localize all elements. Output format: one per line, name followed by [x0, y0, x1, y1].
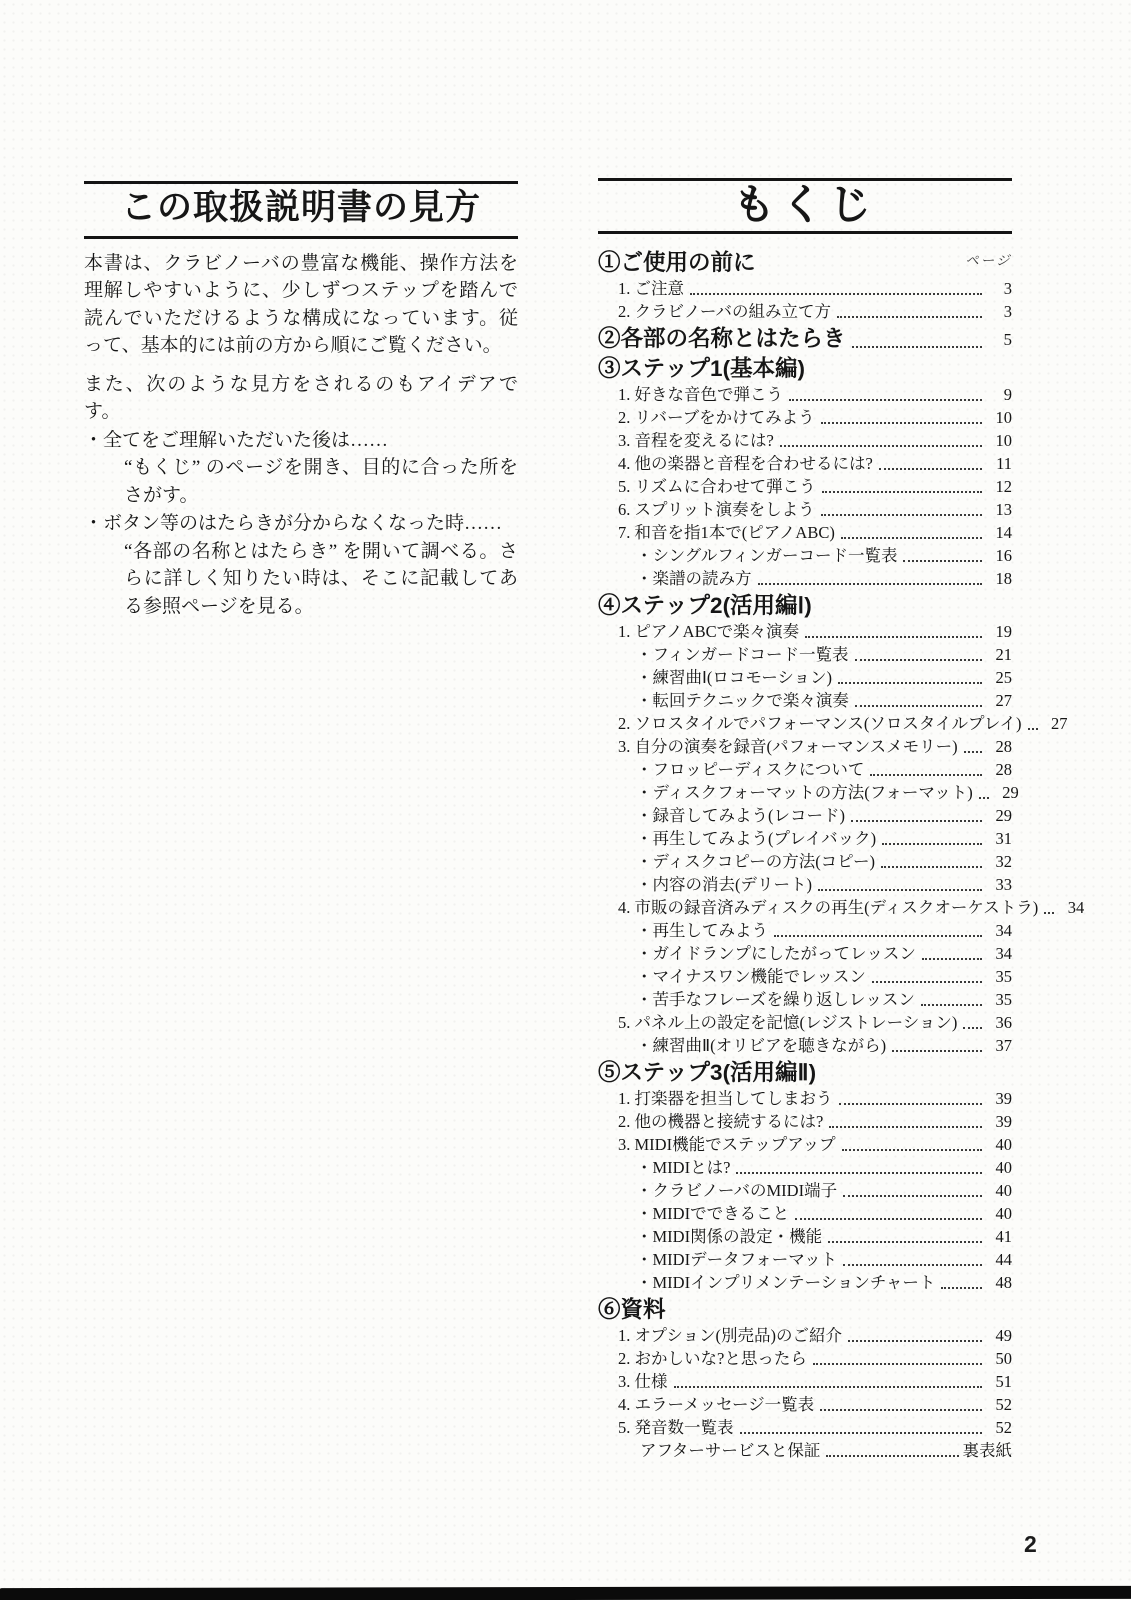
- toc-item-label: 7. 和音を指1本で(ピアノABC): [618, 521, 835, 544]
- toc-section-label: ③ステップ1(基本編): [598, 355, 805, 383]
- dotted-leader: [963, 1027, 982, 1029]
- toc-page-number: 10: [986, 429, 1012, 452]
- toc-title-block: もくじ: [598, 178, 1012, 234]
- dotted-leader: [818, 889, 982, 891]
- toc-item: ・ディスクフォーマットの方法(フォーマット)29: [598, 781, 1012, 804]
- toc-item: 3. 仕様51: [598, 1370, 1012, 1393]
- toc-item: アフターサービスと保証裏表紙: [598, 1439, 1012, 1462]
- toc-item-label: 3. 仕様: [618, 1370, 668, 1393]
- intro-paragraph-2: また、次のような見方をされるのもアイデアです。: [84, 371, 518, 426]
- toc-item-label: ・ディスクフォーマットの方法(フォーマット): [636, 781, 973, 804]
- toc-item: 5. パネル上の設定を記憶(レジストレーション)36: [598, 1011, 1012, 1034]
- toc-section-label: ①ご使用の前に: [598, 249, 756, 277]
- toc-page-number: 12: [986, 475, 1012, 498]
- dotted-leader: [1028, 728, 1038, 730]
- dotted-leader: [870, 774, 982, 776]
- toc-section-header: ①ご使用の前にページ: [598, 247, 1012, 277]
- toc-item: ・MIDIデータフォーマット44: [598, 1248, 1012, 1271]
- toc-page-number: 29: [986, 804, 1012, 827]
- dotted-leader: [838, 682, 982, 684]
- page-column-label: ページ: [962, 247, 1016, 277]
- idea-bullet-line: ・全てをご理解いただいた後は……: [84, 427, 518, 455]
- toc-page-number: 3: [986, 300, 1012, 323]
- toc-item-label: 2. リバーブをかけてみよう: [618, 406, 815, 429]
- dotted-leader: [780, 445, 982, 447]
- dotted-leader: [855, 659, 982, 661]
- toc-item: 1. ピアノABCで楽々演奏19: [598, 620, 1012, 643]
- toc-section-header: ⑤ステップ3(活用編Ⅱ): [598, 1059, 1012, 1087]
- toc-section-label: ②各部の名称とはたらき: [598, 325, 846, 353]
- toc-item-label: ・クラビノーバのMIDI端子: [636, 1179, 837, 1202]
- toc-section-label: ⑤ステップ3(活用編Ⅱ): [598, 1059, 816, 1087]
- toc-section-label: ④ステップ2(活用編Ⅰ): [598, 592, 812, 620]
- toc-page-number: 34: [1058, 896, 1084, 919]
- intro-paragraph-1: 本書は、クラビノーバの豊富な機能、操作方法を理解しやすいように、少しずつステップ…: [84, 250, 518, 360]
- toc-page-number: 39: [986, 1110, 1012, 1133]
- toc-item: ・録音してみよう(レコード)29: [598, 804, 1012, 827]
- toc-item: 2. リバーブをかけてみよう10: [598, 406, 1012, 429]
- toc-item: ・フィンガードコード一覧表21: [598, 643, 1012, 666]
- toc-item-label: ・内容の消去(デリート): [636, 873, 812, 896]
- toc-page-number: 21: [986, 643, 1012, 666]
- ideas-list: ・全てをご理解いただいた後は……“もくじ” のページを開き、目的に合った所をさが…: [84, 427, 518, 621]
- toc-item-label: 6. スプリット演奏をしよう: [618, 498, 815, 521]
- toc-page-number: 3: [986, 277, 1012, 300]
- dotted-leader: [813, 1363, 982, 1365]
- toc-item: 7. 和音を指1本で(ピアノABC)14: [598, 521, 1012, 544]
- dotted-leader: [882, 843, 982, 845]
- dotted-leader: [821, 514, 982, 516]
- toc-column: もくじ ①ご使用の前にページ1. ご注意32. クラビノーバの組み立て方3②各部…: [598, 178, 1012, 1462]
- toc-page-number: 31: [986, 827, 1012, 850]
- toc-section-header: ⑥資料: [598, 1296, 1012, 1324]
- toc-item-label: 2. ソロスタイルでパフォーマンス(ソロスタイルプレイ): [618, 712, 1022, 735]
- toc-item-label: 1. オプション(別売品)のご紹介: [618, 1324, 842, 1347]
- left-title: この取扱説明書の見方: [84, 189, 518, 228]
- dotted-leader: [1044, 912, 1054, 914]
- toc-item: ・クラビノーバのMIDI端子40: [598, 1179, 1012, 1202]
- toc-item: ・転回テクニックで楽々演奏27: [598, 689, 1012, 712]
- toc-item-label: 4. エラーメッセージ一覧表: [618, 1393, 814, 1416]
- dotted-leader: [941, 1287, 982, 1289]
- dotted-leader: [821, 422, 982, 424]
- toc-item: 1. オプション(別売品)のご紹介49: [598, 1324, 1012, 1347]
- dotted-leader: [837, 316, 982, 318]
- toc-item: 2. クラビノーバの組み立て方3: [598, 300, 1012, 323]
- dotted-leader: [892, 1050, 982, 1052]
- dotted-leader: [805, 636, 982, 638]
- toc-item-label: ・練習曲Ⅰ(ロコモーション): [636, 666, 832, 689]
- toc-page-number: 49: [986, 1324, 1012, 1347]
- toc-item: 2. 他の機器と接続するには?39: [598, 1110, 1012, 1133]
- toc-page-number: 13: [986, 498, 1012, 521]
- dotted-leader: [848, 1340, 982, 1342]
- toc-item: ・練習曲Ⅱ(オリビアを聴きながら)37: [598, 1034, 1012, 1057]
- idea-item: ・全てをご理解いただいた後は……“もくじ” のページを開き、目的に合った所をさが…: [84, 427, 518, 510]
- toc-page-number: 27: [986, 689, 1012, 712]
- toc-page-number: 34: [986, 942, 1012, 965]
- toc-section-header: ④ステップ2(活用編Ⅰ): [598, 592, 1012, 620]
- toc-item: ・シングルフィンガーコード一覧表16: [598, 544, 1012, 567]
- toc-page-number: 40: [986, 1202, 1012, 1225]
- toc-page-number: 32: [986, 850, 1012, 873]
- toc-item-label: ・再生してみよう: [636, 919, 768, 942]
- toc-item-label: ・マイナスワン機能でレッスン: [636, 965, 866, 988]
- idea-bullet-line: ・ボタン等のはたらきが分からなくなった時……: [84, 510, 518, 538]
- toc-page-number: 40: [986, 1179, 1012, 1202]
- dotted-leader: [855, 705, 982, 707]
- toc-page-number: 52: [986, 1416, 1012, 1439]
- toc-item: ・MIDIインプリメンテーションチャート48: [598, 1271, 1012, 1294]
- dotted-leader: [789, 399, 982, 401]
- dotted-leader: [881, 866, 982, 868]
- dotted-leader: [758, 583, 983, 585]
- toc-item: 1. 好きな音色で弾こう9: [598, 383, 1012, 406]
- toc-page-number: 41: [986, 1225, 1012, 1248]
- toc-item: 5. リズムに合わせて弾こう12: [598, 475, 1012, 498]
- toc-item: ・再生してみよう(プレイバック)31: [598, 827, 1012, 850]
- toc-page-number: 33: [986, 873, 1012, 896]
- toc-item: ・ディスクコピーの方法(コピー)32: [598, 850, 1012, 873]
- toc-item-label: ・録音してみよう(レコード): [636, 804, 845, 827]
- dotted-leader: [839, 1103, 983, 1105]
- toc-item: 1. ご注意3: [598, 277, 1012, 300]
- toc-item-label: ・苦手なフレーズを繰り返しレッスン: [636, 988, 915, 1011]
- toc-item-label: 1. ピアノABCで楽々演奏: [618, 620, 799, 643]
- dotted-leader: [828, 1241, 982, 1243]
- toc-item: ・MIDI関係の設定・機能41: [598, 1225, 1012, 1248]
- toc-item: 4. 市販の録音済みディスクの再生(ディスクオーケストラ)34: [598, 896, 1012, 919]
- toc-item-label: 1. 好きな音色で弾こう: [618, 383, 783, 406]
- toc-page-number: 10: [986, 406, 1012, 429]
- toc-item-label: ・転回テクニックで楽々演奏: [636, 689, 849, 712]
- toc-list: ①ご使用の前にページ1. ご注意32. クラビノーバの組み立て方3②各部の名称と…: [598, 247, 1012, 1462]
- idea-detail-line: “各部の名称とはたらき” を開いて調べる。さらに詳しく知りたい時は、そこに記載し…: [84, 538, 518, 621]
- toc-page-number: 40: [986, 1133, 1012, 1156]
- toc-page-number: 5: [986, 327, 1012, 353]
- toc-item: 5. 発音数一覧表52: [598, 1416, 1012, 1439]
- dotted-leader: [822, 491, 982, 493]
- left-column: この取扱説明書の見方 本書は、クラビノーバの豊富な機能、操作方法を理解しやすいよ…: [84, 181, 518, 620]
- toc-item-label: 4. 他の楽器と音程を合わせるには?: [618, 452, 873, 475]
- toc-section-header: ③ステップ1(基本編): [598, 355, 1012, 383]
- toc-item-label: ・シングルフィンガーコード一覧表: [636, 544, 897, 567]
- toc-item-label: 2. クラビノーバの組み立て方: [618, 300, 831, 323]
- toc-page-number: 35: [986, 988, 1012, 1011]
- toc-page-number: 52: [986, 1393, 1012, 1416]
- dotted-leader: [690, 293, 982, 295]
- toc-item-label: 5. リズムに合わせて弾こう: [618, 475, 816, 498]
- toc-item-label: 3. 音程を変えるには?: [618, 429, 774, 452]
- toc-item: 3. 音程を変えるには?10: [598, 429, 1012, 452]
- toc-item-label: ・ガイドランプにしたがってレッスン: [636, 942, 916, 965]
- manual-page: この取扱説明書の見方 本書は、クラビノーバの豊富な機能、操作方法を理解しやすいよ…: [0, 0, 1131, 1600]
- toc-page-number: 裏表紙: [963, 1439, 1013, 1462]
- toc-item-label: 2. おかしいな?と思ったら: [618, 1347, 807, 1370]
- toc-item: ・再生してみよう34: [598, 919, 1012, 942]
- dotted-leader: [852, 346, 982, 348]
- toc-item: 4. 他の楽器と音程を合わせるには?11: [598, 452, 1012, 475]
- toc-page-number: 27: [1042, 712, 1068, 735]
- dotted-leader: [740, 1432, 983, 1434]
- toc-item-label: ・練習曲Ⅱ(オリビアを聴きながら): [636, 1034, 886, 1057]
- toc-item: ・マイナスワン機能でレッスン35: [598, 965, 1012, 988]
- toc-page-number: 19: [986, 620, 1012, 643]
- toc-page-number: 44: [986, 1248, 1012, 1271]
- dotted-leader: [843, 1264, 982, 1266]
- toc-item-label: ・MIDIとは?: [636, 1156, 730, 1179]
- toc-page-number: 50: [986, 1347, 1012, 1370]
- toc-item-label: ・再生してみよう(プレイバック): [636, 827, 876, 850]
- toc-item-label: 1. 打楽器を担当してしまおう: [618, 1087, 833, 1110]
- dotted-leader: [879, 468, 982, 470]
- dotted-leader: [795, 1218, 982, 1220]
- toc-page-number: 40: [986, 1156, 1012, 1179]
- toc-item: ・苦手なフレーズを繰り返しレッスン35: [598, 988, 1012, 1011]
- left-title-block: この取扱説明書の見方: [84, 181, 518, 239]
- dotted-leader: [841, 537, 982, 539]
- toc-item: ・MIDIでできること40: [598, 1202, 1012, 1225]
- toc-page-number: 11: [986, 452, 1012, 475]
- toc-item: ・フロッピーディスクについて28: [598, 758, 1012, 781]
- toc-page-number: 35: [986, 965, 1012, 988]
- toc-item: 2. おかしいな?と思ったら50: [598, 1347, 1012, 1370]
- toc-item-label: ・楽譜の読み方: [636, 567, 752, 590]
- toc-page-number: 25: [986, 666, 1012, 689]
- toc-item-label: 5. パネル上の設定を記憶(レジストレーション): [618, 1011, 957, 1034]
- dotted-leader: [922, 958, 982, 960]
- toc-item: ・MIDIとは?40: [598, 1156, 1012, 1179]
- toc-item: 2. ソロスタイルでパフォーマンス(ソロスタイルプレイ)27: [598, 712, 1012, 735]
- dotted-leader: [736, 1172, 982, 1174]
- toc-item-label: ・MIDIデータフォーマット: [636, 1248, 837, 1271]
- toc-item-label: ・フロッピーディスクについて: [636, 758, 864, 781]
- toc-item-label: 3. 自分の演奏を録音(パフォーマンスメモリー): [618, 735, 958, 758]
- toc-page-number: 28: [986, 735, 1012, 758]
- toc-page-number: 39: [986, 1087, 1012, 1110]
- idea-detail-line: “もくじ” のページを開き、目的に合った所をさがす。: [84, 454, 518, 509]
- dotted-leader: [843, 1195, 982, 1197]
- dotted-leader: [826, 1455, 958, 1457]
- toc-item: 1. 打楽器を担当してしまおう39: [598, 1087, 1012, 1110]
- toc-item-label: ・MIDIインプリメンテーションチャート: [636, 1271, 935, 1294]
- toc-item-label: ・フィンガードコード一覧表: [636, 643, 849, 666]
- dotted-leader: [903, 560, 982, 562]
- dotted-leader: [964, 751, 982, 753]
- toc-item-label: ・ディスクコピーの方法(コピー): [636, 850, 875, 873]
- dotted-leader: [872, 981, 982, 983]
- dotted-leader: [979, 797, 989, 799]
- toc-title: もくじ: [598, 182, 1012, 227]
- toc-page-number: 14: [986, 521, 1012, 544]
- toc-section-header: ②各部の名称とはたらき5: [598, 325, 1012, 353]
- idea-item: ・ボタン等のはたらきが分からなくなった時……“各部の名称とはたらき” を開いて調…: [84, 510, 518, 620]
- toc-item: ・内容の消去(デリート)33: [598, 873, 1012, 896]
- dotted-leader: [674, 1386, 983, 1388]
- toc-item-label: 3. MIDI機能でステップアップ: [618, 1133, 836, 1156]
- toc-item-label: アフターサービスと保証: [640, 1439, 820, 1462]
- toc-item: ・楽譜の読み方18: [598, 567, 1012, 590]
- toc-item-label: 5. 発音数一覧表: [618, 1416, 734, 1439]
- dotted-leader: [774, 935, 982, 937]
- toc-page-number: 29: [993, 781, 1019, 804]
- toc-item: 4. エラーメッセージ一覧表52: [598, 1393, 1012, 1416]
- toc-item: 3. MIDI機能でステップアップ40: [598, 1133, 1012, 1156]
- toc-page-number: 28: [986, 758, 1012, 781]
- toc-item: 3. 自分の演奏を録音(パフォーマンスメモリー)28: [598, 735, 1012, 758]
- toc-page-number: 16: [986, 544, 1012, 567]
- dotted-leader: [921, 1004, 982, 1006]
- toc-page-number: 34: [986, 919, 1012, 942]
- toc-item: ・練習曲Ⅰ(ロコモーション)25: [598, 666, 1012, 689]
- toc-item-label: ・MIDIでできること: [636, 1202, 789, 1225]
- toc-item: ・ガイドランプにしたがってレッスン34: [598, 942, 1012, 965]
- bottom-scan-bar: [0, 1586, 1131, 1600]
- toc-item-label: 2. 他の機器と接続するには?: [618, 1110, 823, 1133]
- toc-page-number: 18: [986, 567, 1012, 590]
- toc-page-number: 37: [986, 1034, 1012, 1057]
- dotted-leader: [851, 820, 982, 822]
- toc-page-number: 51: [986, 1370, 1012, 1393]
- toc-item-label: 1. ご注意: [618, 277, 684, 300]
- dotted-leader: [829, 1126, 982, 1128]
- dotted-leader: [842, 1149, 982, 1151]
- toc-item: 6. スプリット演奏をしよう13: [598, 498, 1012, 521]
- toc-item-label: 4. 市販の録音済みディスクの再生(ディスクオーケストラ): [618, 896, 1038, 919]
- toc-page-number: 48: [986, 1271, 1012, 1294]
- toc-page-number: 9: [986, 383, 1012, 406]
- toc-section-label: ⑥資料: [598, 1296, 666, 1324]
- page-number: 2: [1024, 1531, 1037, 1558]
- dotted-leader: [820, 1409, 982, 1411]
- toc-page-number: 36: [986, 1011, 1012, 1034]
- toc-item-label: ・MIDI関係の設定・機能: [636, 1225, 822, 1248]
